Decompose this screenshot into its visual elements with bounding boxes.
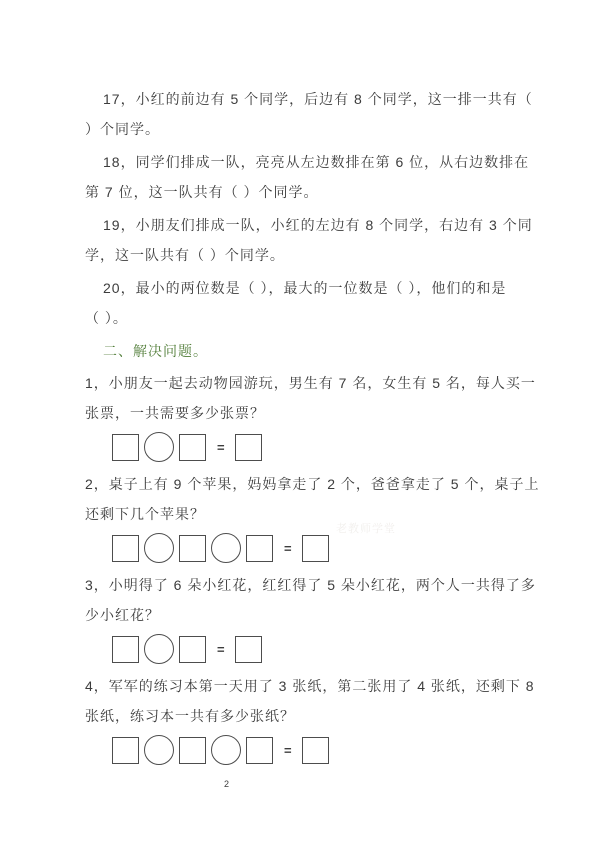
worksheet-page: 17，小红的前边有 5 个同学，后边有 8 个同学，这一排一共有（ ）个同学。 … xyxy=(85,84,513,772)
circle-box xyxy=(144,432,174,462)
problem-1-operand-shapes xyxy=(112,432,211,462)
square-box xyxy=(179,636,206,663)
answer-box xyxy=(235,434,262,461)
circle-box xyxy=(144,533,174,563)
question-17-line-1: 17，小红的前边有 5 个同学，后边有 8 个同学，这一排一共有（ xyxy=(85,84,513,114)
question-20: 20，最小的两位数是（ ），最大的一位数是（ ），他们的和是 （ ）。 xyxy=(85,273,513,333)
problem-4-line-1: 4，军军的练习本第一天用了 3 张纸，第二张用了 4 张纸，还剩下 8 xyxy=(85,671,513,701)
problem-2-line-2: 还剩下几个苹果？ xyxy=(85,499,513,529)
question-19: 19，小朋友们排成一队，小红的左边有 8 个同学，右边有 3 个同 学，这一队共… xyxy=(85,210,513,270)
question-18-line-1: 18，同学们排成一队，亮亮从左边数排在第 6 位，从右边数排在 xyxy=(85,147,513,177)
question-17-line-2: ）个同学。 xyxy=(85,114,513,144)
equals-sign: = xyxy=(217,440,225,455)
question-19-line-1: 19，小朋友们排成一队，小红的左边有 8 个同学，右边有 3 个同 xyxy=(85,210,513,240)
equals-sign: = xyxy=(284,541,292,556)
square-box xyxy=(246,535,273,562)
square-box xyxy=(179,434,206,461)
problem-1-line-2: 张票，一共需要多少张票？ xyxy=(85,398,513,428)
problem-2-line-1: 2，桌子上有 9 个苹果，妈妈拿走了 2 个，爸爸拿走了 5 个，桌子上 xyxy=(85,469,513,499)
section-heading-text: 二、解决问题。 xyxy=(85,336,513,366)
answer-box xyxy=(235,636,262,663)
question-18: 18，同学们排成一队，亮亮从左边数排在第 6 位，从右边数排在 第 7 位，这一… xyxy=(85,147,513,207)
circle-box xyxy=(144,634,174,664)
square-box xyxy=(112,636,139,663)
question-20-line-1: 20，最小的两位数是（ ），最大的一位数是（ ），他们的和是 xyxy=(85,273,513,303)
problem-3-line-2: 少小红花？ xyxy=(85,600,513,630)
problem-1-equation-row: = xyxy=(112,431,513,463)
square-box xyxy=(112,535,139,562)
equals-sign: = xyxy=(217,642,225,657)
square-box xyxy=(246,737,273,764)
page-number: 2 xyxy=(224,779,229,789)
circle-box xyxy=(211,533,241,563)
problem-2: 2，桌子上有 9 个苹果，妈妈拿走了 2 个，爸爸拿走了 5 个，桌子上 还剩下… xyxy=(85,469,513,564)
question-20-line-2: （ ）。 xyxy=(85,303,513,333)
answer-box xyxy=(302,535,329,562)
problem-4-line-2: 张纸，练习本一共有多少张纸？ xyxy=(85,701,513,731)
question-19-line-2: 学，这一队共有（ ）个同学。 xyxy=(85,240,513,270)
circle-box xyxy=(144,735,174,765)
problem-4: 4，军军的练习本第一天用了 3 张纸，第二张用了 4 张纸，还剩下 8 张纸，练… xyxy=(85,671,513,766)
circle-box xyxy=(211,735,241,765)
problem-4-equation-row: = xyxy=(112,734,513,766)
problem-1-line-1: 1，小朋友一起去动物园游玩，男生有 7 名，女生有 5 名，每人买一 xyxy=(85,368,513,398)
square-box xyxy=(179,535,206,562)
square-box xyxy=(112,434,139,461)
problem-3-line-1: 3，小明得了 6 朵小红花，红红得了 5 朵小红花，两个人一共得了多 xyxy=(85,570,513,600)
answer-box xyxy=(302,737,329,764)
problem-2-operand-shapes xyxy=(112,533,278,563)
equals-sign: = xyxy=(284,743,292,758)
problem-3-equation-row: = xyxy=(112,633,513,665)
problem-2-equation-row: = xyxy=(112,532,513,564)
square-box xyxy=(179,737,206,764)
problem-1: 1，小朋友一起去动物园游玩，男生有 7 名，女生有 5 名，每人买一 张票，一共… xyxy=(85,368,513,463)
square-box xyxy=(112,737,139,764)
question-17: 17，小红的前边有 5 个同学，后边有 8 个同学，这一排一共有（ ）个同学。 xyxy=(85,84,513,144)
watermark: 老教师学堂 xyxy=(336,520,396,536)
question-18-line-2: 第 7 位，这一队共有（ ）个同学。 xyxy=(85,177,513,207)
problem-4-operand-shapes xyxy=(112,735,278,765)
problem-3: 3，小明得了 6 朵小红花，红红得了 5 朵小红花，两个人一共得了多 少小红花？… xyxy=(85,570,513,665)
problem-3-operand-shapes xyxy=(112,634,211,664)
section-heading: 二、解决问题。 xyxy=(85,336,513,366)
